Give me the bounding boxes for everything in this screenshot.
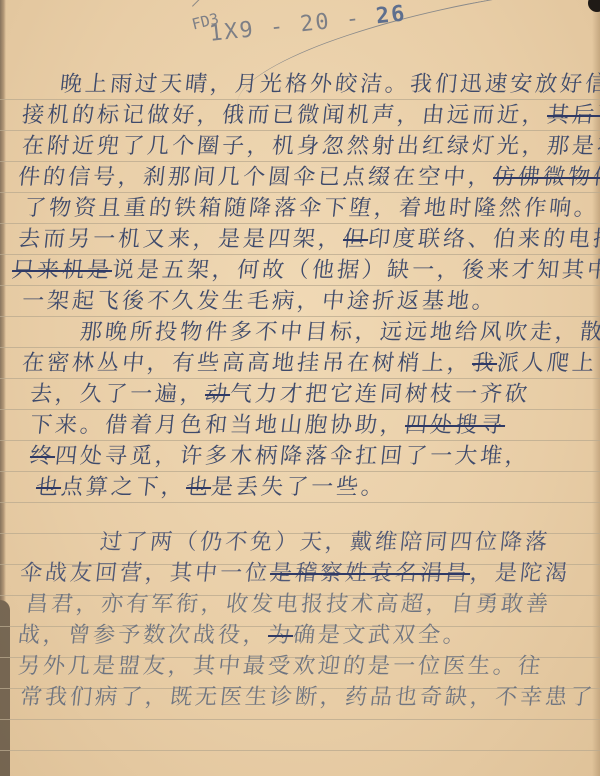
struck-text: 只来机是 [11, 258, 114, 283]
line-text: 在密林丛中，有些高高地挂吊在树梢上， [21, 351, 474, 376]
line-text: 在附近兜了几个圈子，机身忽然射出红绿灯光，那是将投掷物 [21, 134, 600, 159]
line-text: 昌君，亦有军衔，收发电报技术高超，自勇敢善 [25, 592, 553, 617]
struck-text: 为 [267, 623, 295, 648]
text-line-2: 接机的标记做好，俄而已微闻机声，由远而近，其后飞临頭上 [21, 103, 600, 129]
text-line-11: 去，久了一遍，动气力才把它连同树枝一齐砍 [29, 382, 532, 408]
text-line-10: 在密林丛中，有些高高地挂吊在树梢上，我派人爬上 [21, 351, 599, 377]
text-line-5: 了物资且重的铁箱随降落伞下堕，着地时隆然作响。一机 [23, 196, 600, 222]
text-line-9: 那晚所投物件多不中目标，远远地给风吹走，散落 [79, 320, 600, 346]
line-text: 去，久了一遍， [29, 382, 207, 407]
text-line-16: 伞战友回营，其中一位是稽察姓袁名涓昌，是陀渴 [19, 561, 572, 587]
line-text: 了物资且重的铁箱随降落伞下堕，着地时隆然作响。一机 [23, 196, 600, 221]
text-line-18: 战，曾参予数次战役，为确是文武双全。 [17, 623, 470, 649]
text-line-3: 在附近兜了几个圈子，机身忽然射出红绿灯光，那是将投掷物 [21, 134, 600, 160]
text-line-6: 去而另一机又来，是是四架，但印度联络、伯来的电报也說 [17, 227, 600, 253]
struck-text: 也 [35, 475, 63, 500]
struck-text: 四处搜寻 [404, 413, 507, 438]
struck-text: 终 [29, 444, 57, 469]
line-text: 常我们病了，既无医生诊断，药品也奇缺，不幸患了 [19, 685, 597, 710]
struck-text: 但 [342, 227, 370, 252]
text-line-12: 下来。借着月色和当地山胞协助，四处搜寻 [29, 413, 507, 439]
text-line-19: 另外几是盟友，其中最受欢迎的是一位医生。往 [17, 654, 545, 680]
text-line-17: 昌君，亦有军衔，收发电报技术高超，自勇敢善 [25, 592, 553, 618]
struck-text: 我 [471, 351, 499, 376]
struck-text: 动 [204, 382, 232, 407]
line-text-after: 四处寻觅，许多木柄降落伞扛回了一大堆， [54, 444, 532, 469]
line-text-after: 是丢失了一些。 [210, 475, 388, 500]
line-text: 一架起飞後不久发生毛病，中途折返基地。 [21, 289, 499, 314]
text-line-14: 也点算之下，也是丢失了一些。 [35, 475, 388, 501]
line-text: 下来。借着月色和当地山胞协助， [29, 413, 407, 438]
line-text-after: 确是文武双全。 [292, 623, 470, 648]
struck-text: 也 [185, 475, 213, 500]
line-text: 伞战友回营，其中一位 [19, 561, 272, 586]
line-text: 另外几是盟友，其中最受欢迎的是一位医生。往 [17, 654, 545, 679]
line-text-after: 说是五架，何故（他据）缺一，後来才知其中 [111, 258, 600, 283]
text-line-20: 常我们病了，既无医生诊断，药品也奇缺，不幸患了 [19, 685, 597, 711]
line-text: 接机的标记做好，俄而已微闻机声，由远而近， [21, 103, 549, 128]
text-line-7: 只来机是说是五架，何故（他据）缺一，後来才知其中 [11, 258, 600, 284]
line-text-after: 点算之下， [60, 475, 188, 500]
text-line-15: 过了两（仍不免）天，戴维陪同四位降落 [99, 530, 552, 556]
manuscript-page: FD3 1X9 - 20 - 26 晚上雨过天晴，月光格外皎洁。我们迅速安放好信… [0, 0, 600, 776]
line-text-after: 气力才把它连同树枝一齐砍 [229, 382, 532, 407]
struck-text: 是稽察姓袁名涓昌 [269, 561, 472, 586]
line-text: 件的信号，刹那间几个圆伞已点缀在空中， [17, 165, 495, 190]
text-line-13: 终四处寻觅，许多木柄降落伞扛回了一大堆， [29, 444, 532, 470]
line-text-after: 印度联络、伯来的电报 [367, 227, 600, 252]
line-text: 去而另一机又来，是是四架， [17, 227, 345, 252]
line-text: 那晚所投物件多不中目标，远远地给风吹走，散落 [79, 320, 600, 345]
manuscript-body: 晚上雨过天晴，月光格外皎洁。我们迅速安放好信报机，把 接机的标记做好，俄而已微闻… [0, 0, 600, 776]
text-line-1: 晚上雨过天晴，月光格外皎洁。我们迅速安放好信报机，把 [59, 72, 600, 98]
struck-text: 其后飞临頭上 [546, 103, 600, 128]
text-line-8: 一架起飞後不久发生毛病，中途折返基地。 [21, 289, 499, 315]
line-text-after: ，是陀渴 [469, 561, 572, 586]
line-text: 晚上雨过天晴，月光格外皎洁。我们迅速安放好信报机，把 [59, 72, 600, 97]
struck-text: 仿佛微物似 [492, 165, 600, 190]
line-text: 过了两（仍不免）天，戴维陪同四位降落 [99, 530, 552, 555]
line-text-after: 派人爬上 [496, 351, 599, 376]
text-line-4: 件的信号，刹那间几个圆伞已点缀在空中，仿佛微物似载满 [17, 165, 600, 191]
line-text: 战，曾参予数次战役， [17, 623, 270, 648]
